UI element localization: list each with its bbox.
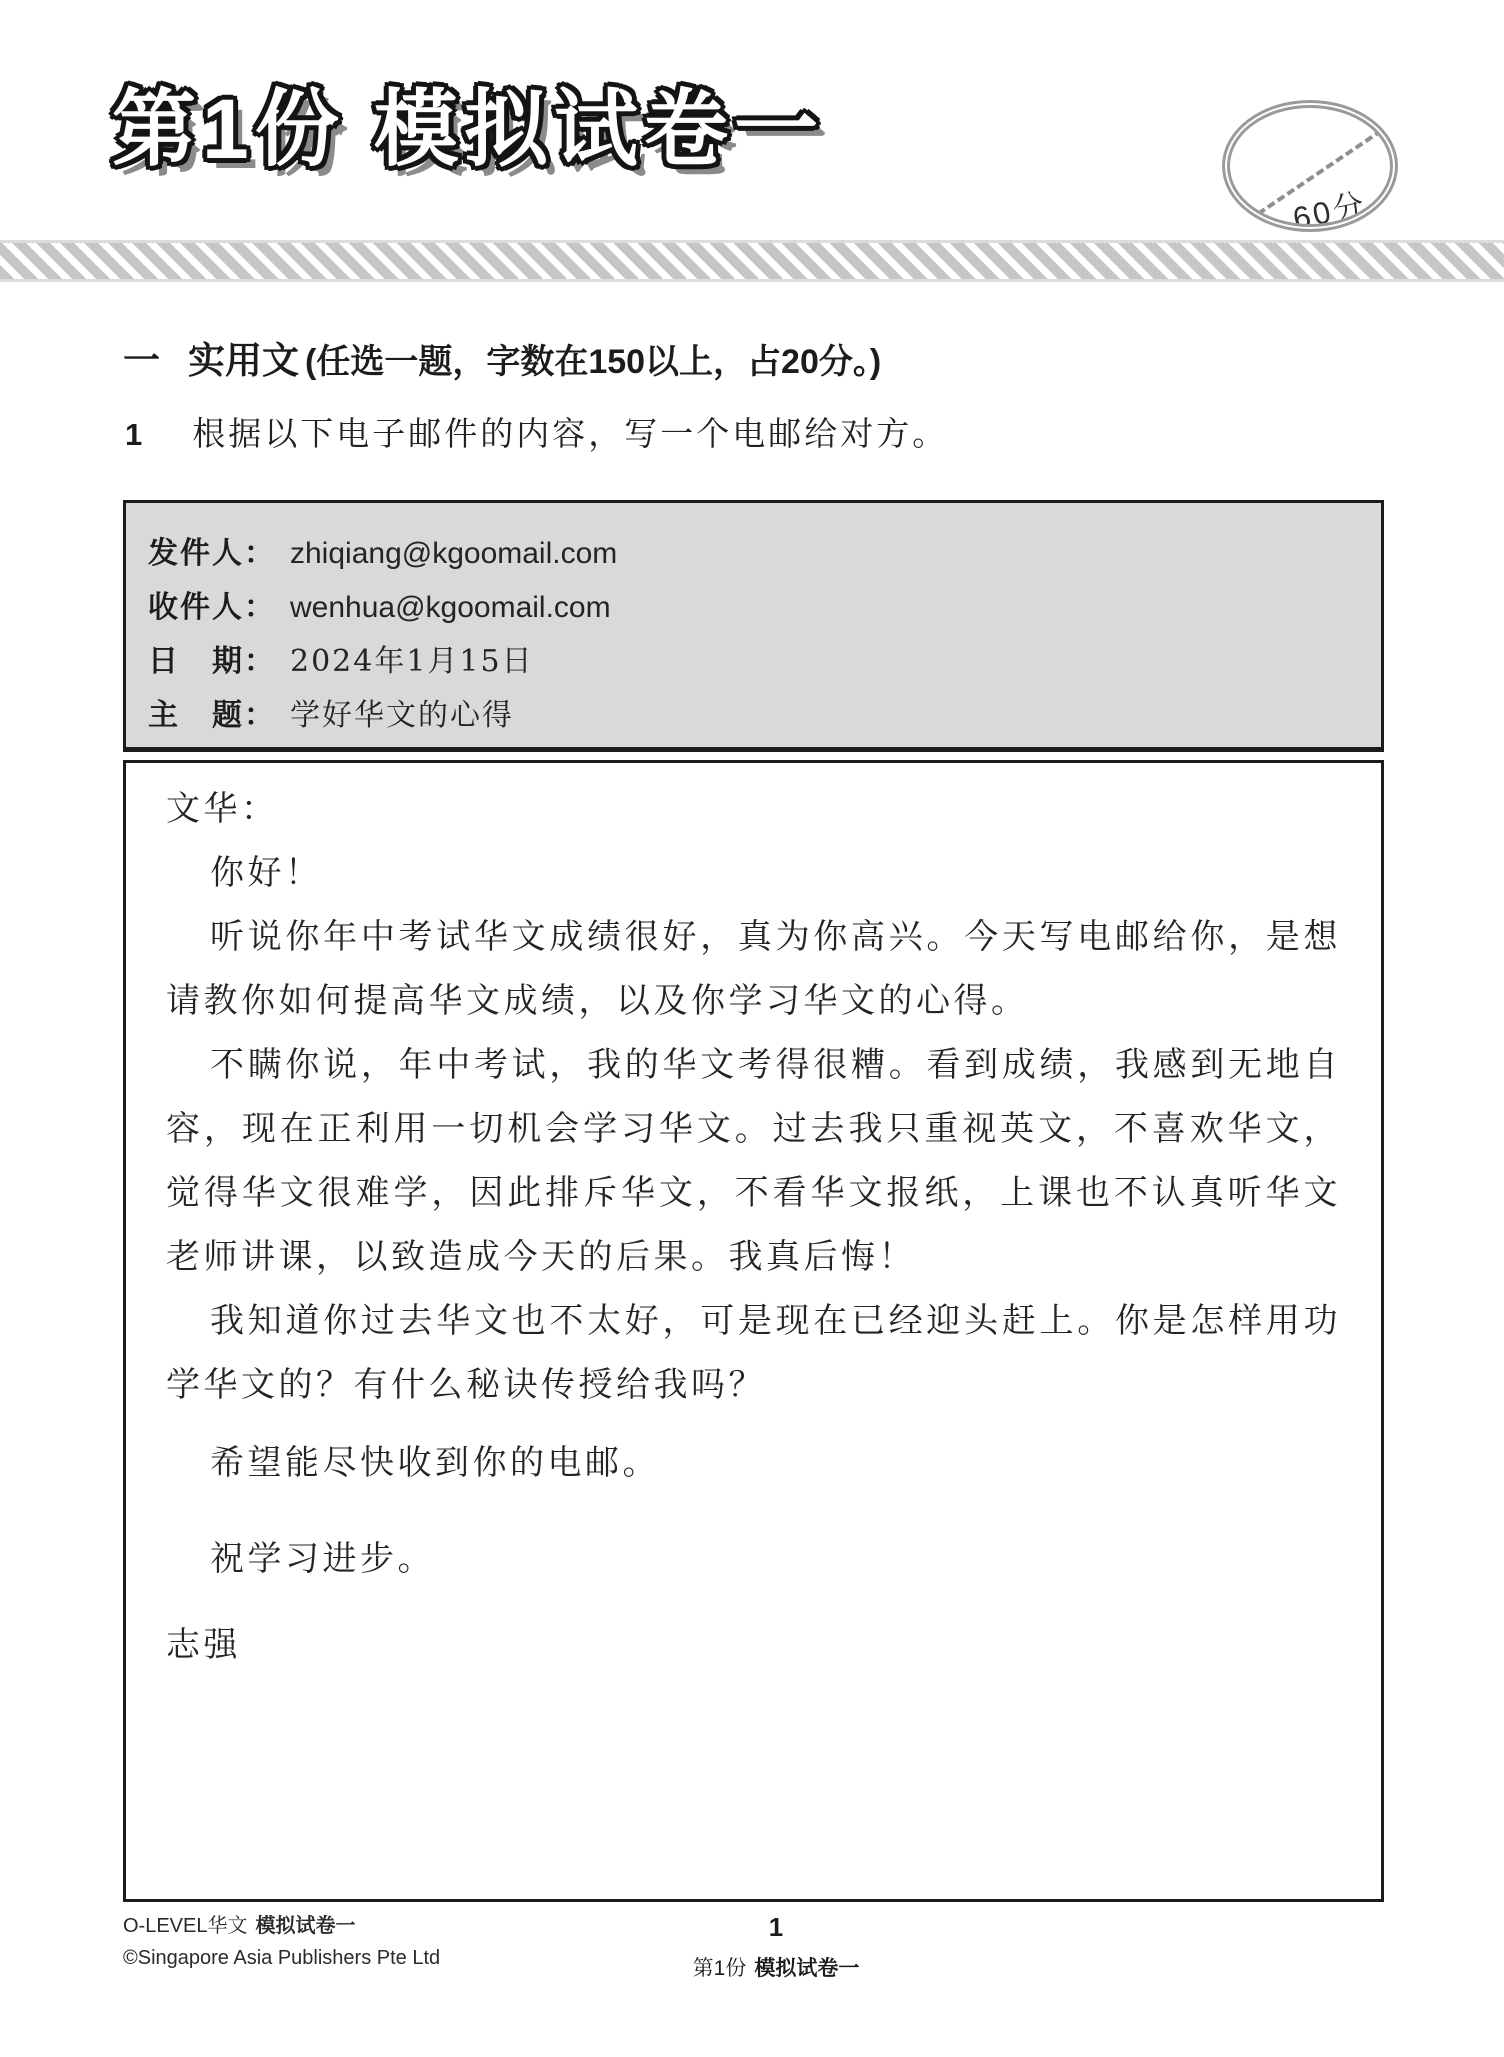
email-signature: 志强 <box>166 1613 1341 1677</box>
section-name: 实用文 <box>188 330 299 384</box>
email-closing: 祝学习进步。 <box>166 1527 1341 1591</box>
email-from-value: zhiqiang@kgoomail.com <box>290 527 617 581</box>
footer-section-number: 第1份 <box>693 1957 747 1980</box>
email-from-label: 发件人： <box>148 527 276 581</box>
section-number: 一 <box>123 330 160 384</box>
section-heading: 一 实用文 (任选一题，字数在150以上，占20分。) <box>123 330 881 384</box>
email-subject-label: 主 题： <box>148 689 276 743</box>
section-note: (任选一题，字数在150以上，占20分。) <box>305 334 881 383</box>
email-date-value: 2024年1月15日 <box>290 635 534 689</box>
footer-page-block: 1 第1份模拟试卷一 <box>0 1912 1504 1982</box>
email-paragraph: 我知道你过去华文也不太好，可是现在已经迎头赶上。你是怎样用功学华文的？有什么秘诀… <box>166 1289 1341 1417</box>
page-title: 第1份 模拟试卷一 <box>112 62 824 183</box>
question-number: 1 <box>125 417 142 453</box>
email-header-box: 发件人： zhiqiang@kgoomail.com 收件人： wenhua@k… <box>123 500 1384 752</box>
question-1: 1 根据以下电子邮件的内容，写一个电邮给对方。 <box>125 408 948 455</box>
email-to-row: 收件人： wenhua@kgoomail.com <box>148 581 1361 635</box>
email-paragraph: 不瞒你说，年中考试，我的华文考得很糟。看到成绩，我感到无地自容，现在正利用一切机… <box>166 1033 1341 1289</box>
hatched-divider <box>0 240 1504 282</box>
email-paragraph: 希望能尽快收到你的电邮。 <box>166 1431 1341 1495</box>
page-number: 1 <box>48 1912 1504 1942</box>
email-body-box: 文华： 你好！ 听说你年中考试华文成绩很好，真为你高兴。今天写电邮给你，是想请教… <box>123 760 1384 1902</box>
email-subject-row: 主 题： 学好华文的心得 <box>148 689 1361 743</box>
email-from-row: 发件人： zhiqiang@kgoomail.com <box>148 527 1361 581</box>
email-date-row: 日 期： 2024年1月15日 <box>148 635 1361 689</box>
email-to-value: wenhua@kgoomail.com <box>290 581 611 635</box>
score-badge: 60分 <box>1222 100 1398 232</box>
email-paragraph: 听说你年中考试华文成绩很好，真为你高兴。今天写电邮给你，是想请教你如何提高华文成… <box>166 905 1341 1033</box>
email-subject-value: 学好华文的心得 <box>290 689 514 743</box>
footer-section-title: 模拟试卷一 <box>754 1957 859 1980</box>
email-paragraph: 你好！ <box>166 841 1341 905</box>
footer-section-line: 第1份模拟试卷一 <box>48 1952 1504 1982</box>
email-to-label: 收件人： <box>148 581 276 635</box>
question-text: 根据以下电子邮件的内容，写一个电邮给对方。 <box>192 408 948 455</box>
email-salutation: 文华： <box>166 777 1341 841</box>
email-date-label: 日 期： <box>148 635 276 689</box>
